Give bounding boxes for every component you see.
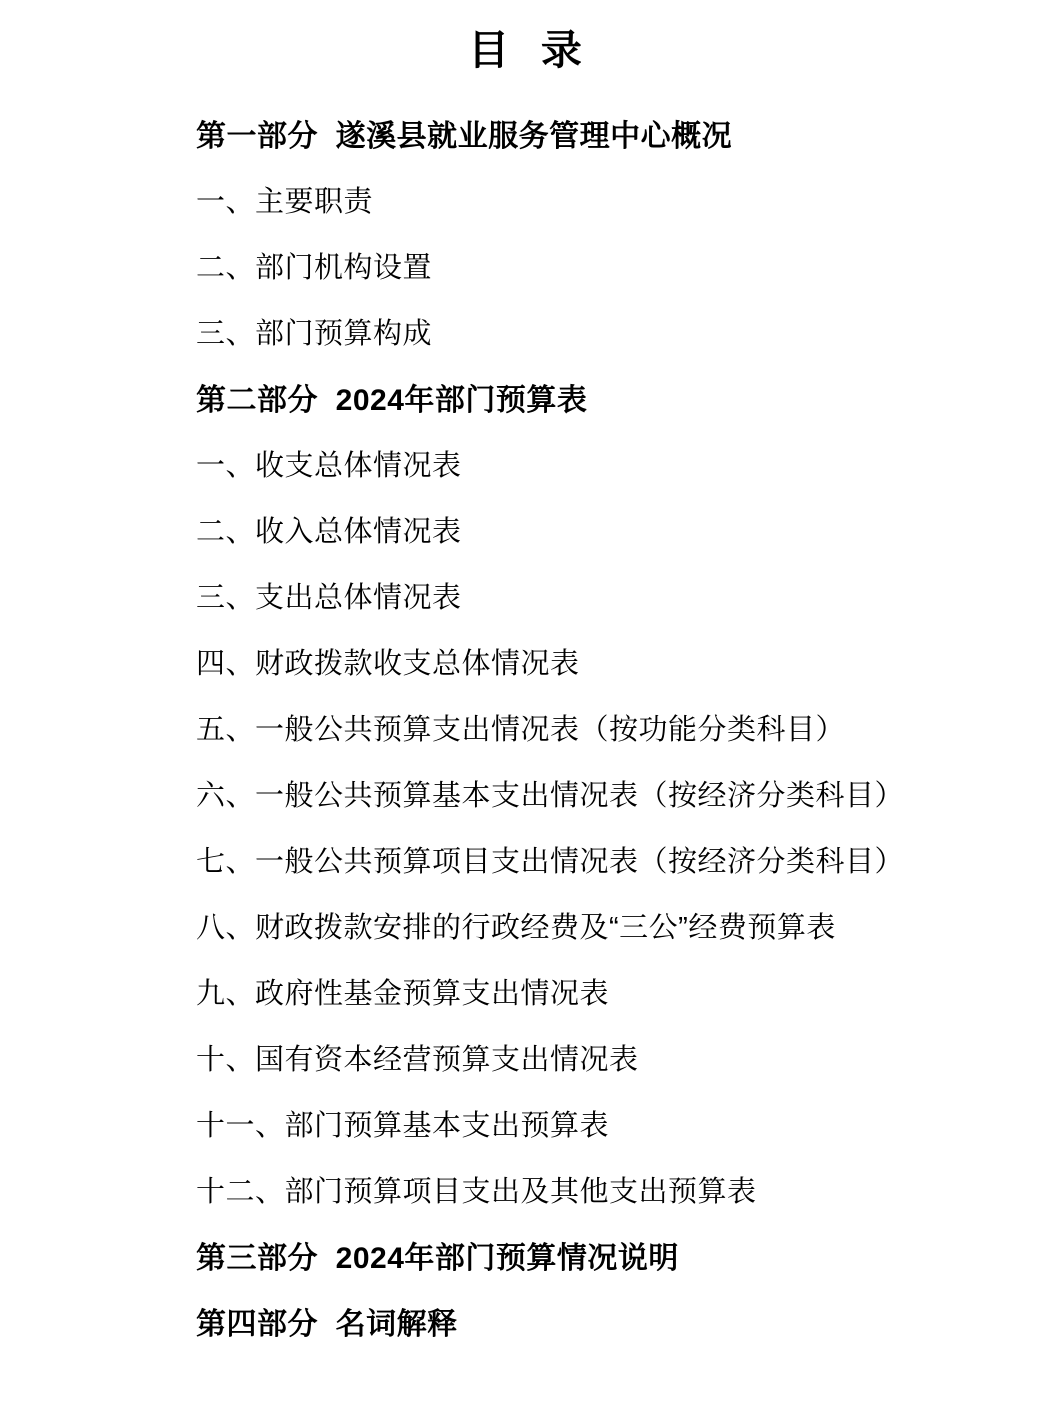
- toc-item: 八、财政拨款安排的行政经费及“三公”经费预算表: [196, 892, 993, 958]
- toc-item: 三、支出总体情况表: [196, 562, 993, 628]
- toc-section-heading-part3: 第三部分 2024年部门预算情况说明: [196, 1222, 993, 1288]
- toc-item: 九、政府性基金预算支出情况表: [196, 958, 993, 1024]
- toc-item: 六、一般公共预算基本支出情况表（按经济分类科目）: [196, 760, 993, 826]
- toc-item: 五、一般公共预算支出情况表（按功能分类科目）: [196, 694, 993, 760]
- toc-section-heading-part4: 第四部分 名词解释: [196, 1288, 993, 1354]
- page-title: 目 录: [0, 24, 1053, 76]
- document-page: 目 录 第一部分 遂溪县就业服务管理中心概况 一、主要职责 二、部门机构设置 三…: [0, 0, 1053, 1415]
- toc-item: 三、部门预算构成: [196, 298, 993, 364]
- toc-item: 一、收支总体情况表: [196, 430, 993, 496]
- toc-item: 四、财政拨款收支总体情况表: [196, 628, 993, 694]
- toc-section-heading-part2: 第二部分 2024年部门预算表: [196, 364, 993, 430]
- toc-item: 十一、部门预算基本支出预算表: [196, 1090, 993, 1156]
- toc-item: 二、收入总体情况表: [196, 496, 993, 562]
- toc-item: 二、部门机构设置: [196, 232, 993, 298]
- toc-item: 一、主要职责: [196, 166, 993, 232]
- table-of-contents: 第一部分 遂溪县就业服务管理中心概况 一、主要职责 二、部门机构设置 三、部门预…: [0, 100, 1053, 1354]
- toc-section-heading-part1: 第一部分 遂溪县就业服务管理中心概况: [196, 100, 993, 166]
- toc-item: 七、一般公共预算项目支出情况表（按经济分类科目）: [196, 826, 993, 892]
- toc-item: 十二、部门预算项目支出及其他支出预算表: [196, 1156, 993, 1222]
- toc-item: 十、国有资本经营预算支出情况表: [196, 1024, 993, 1090]
